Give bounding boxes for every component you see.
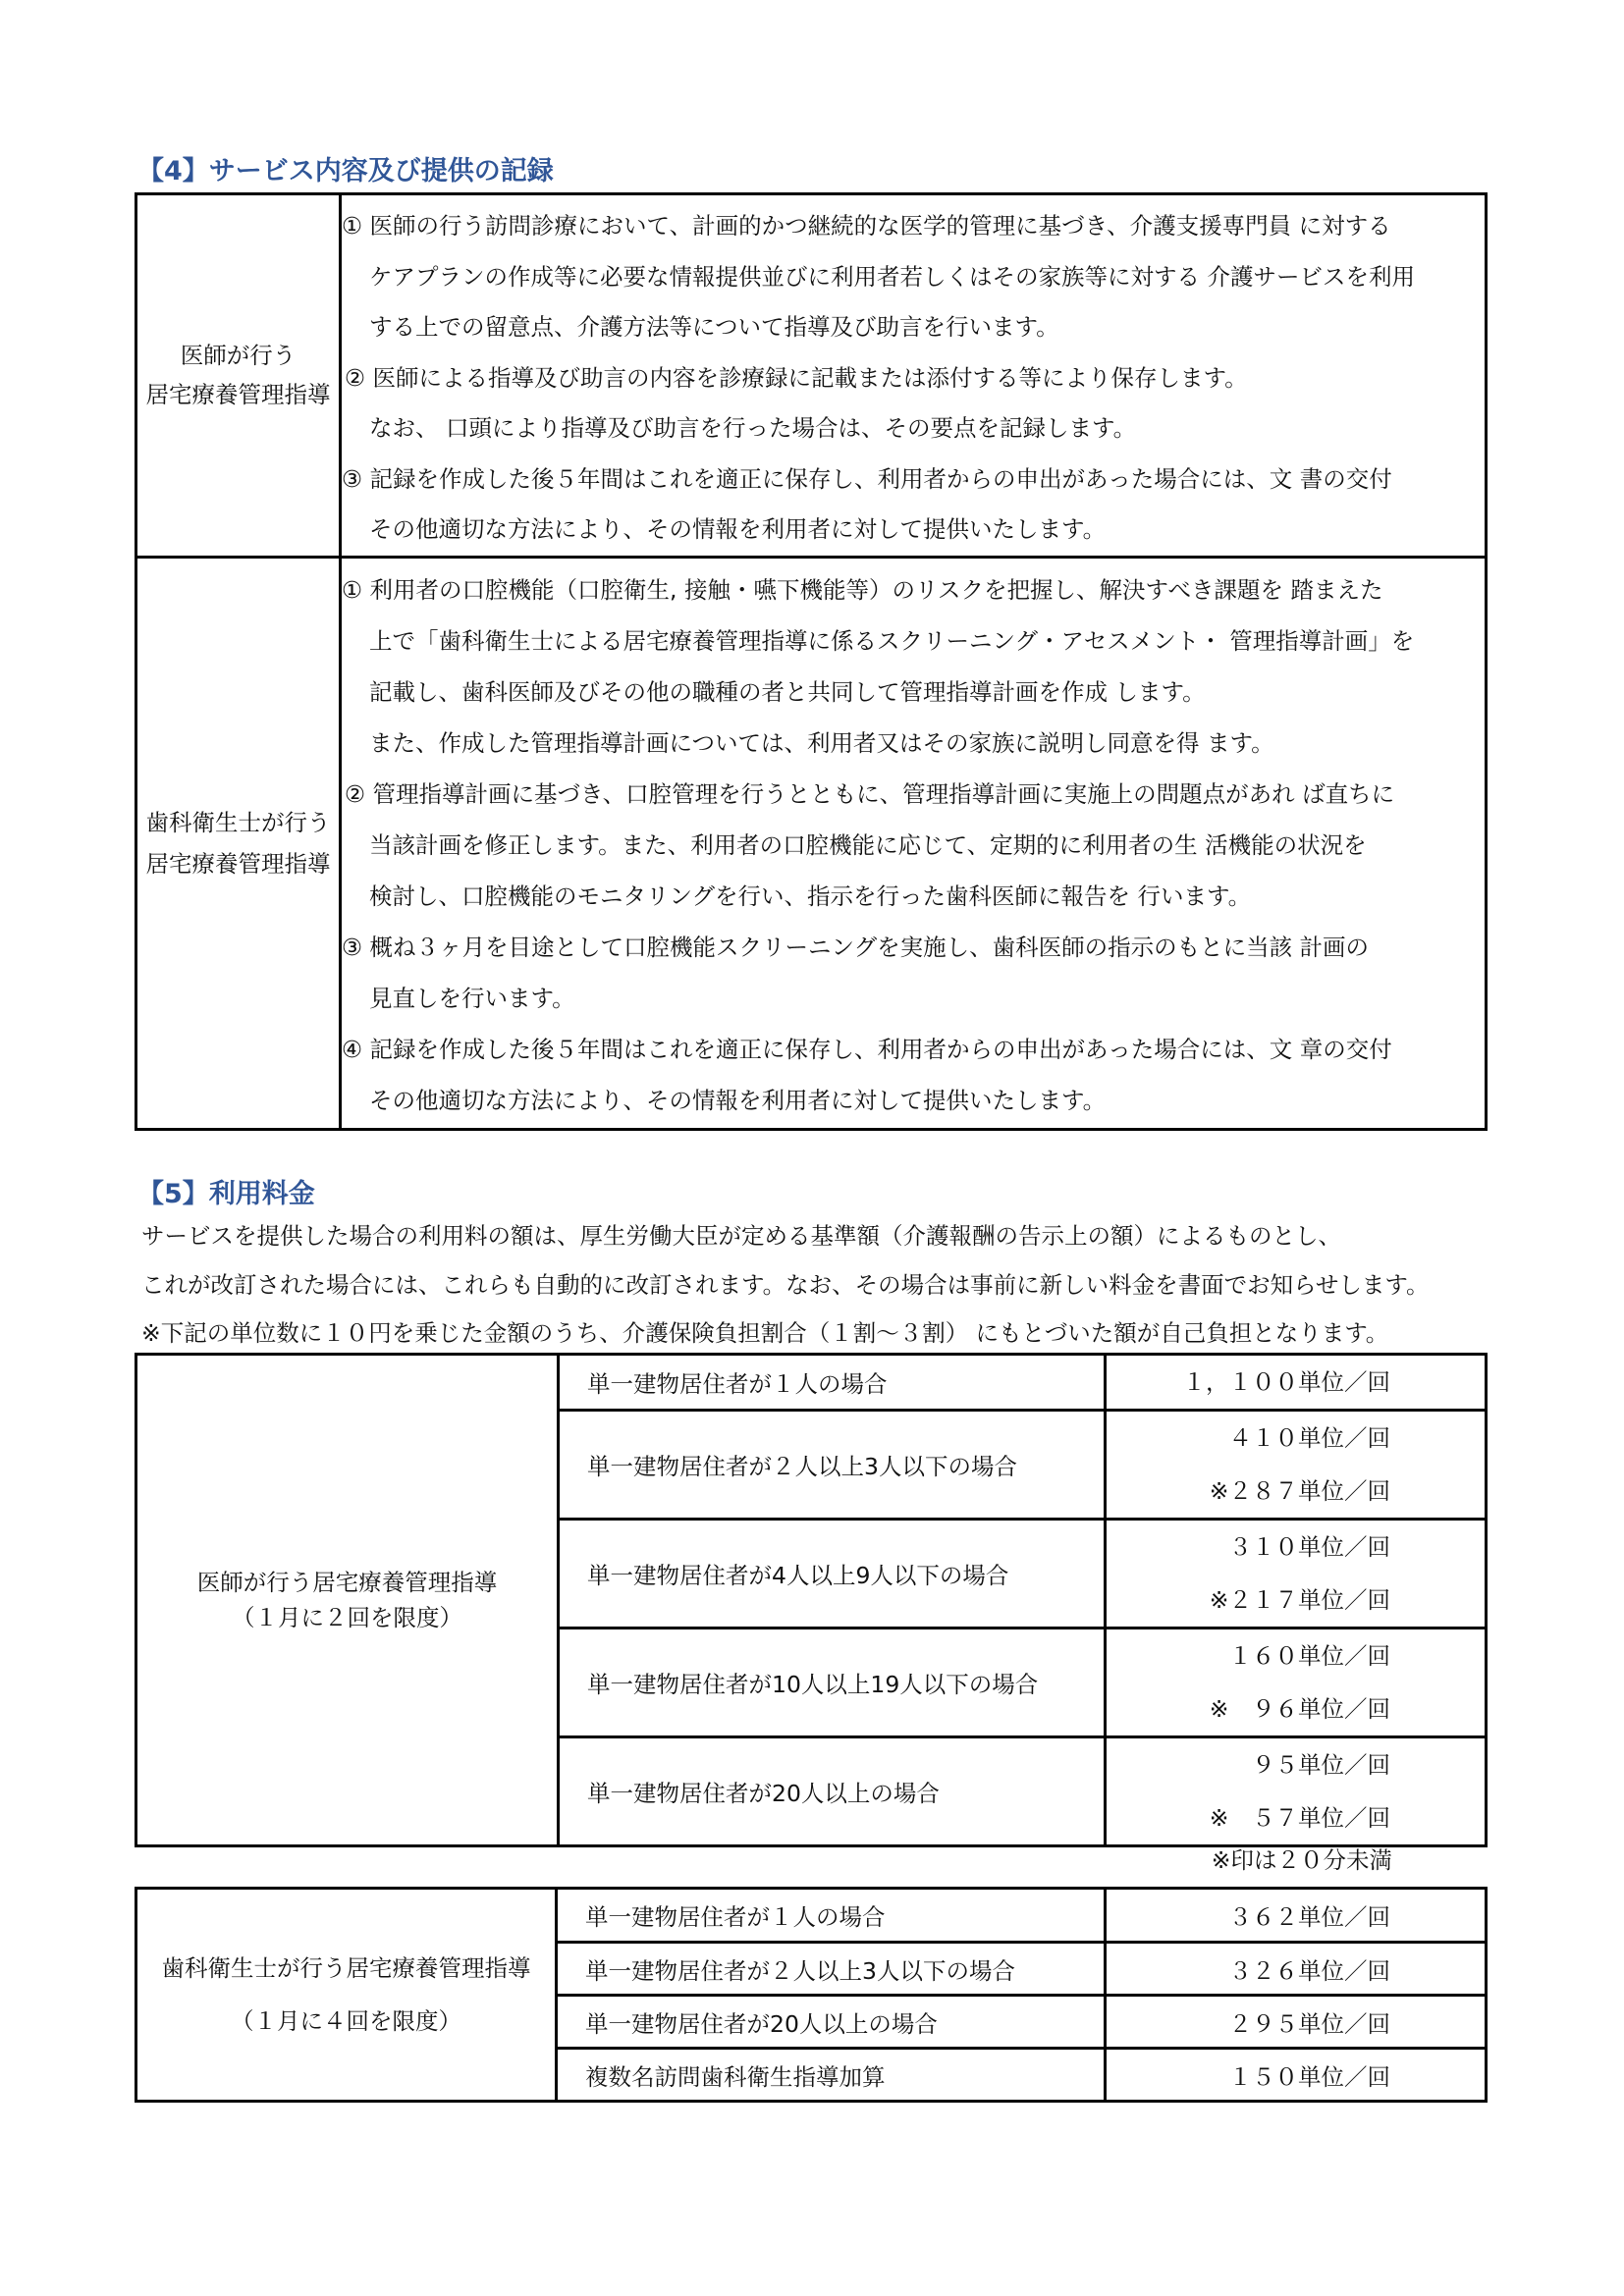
units-cell: １，１００単位／回: [1106, 1355, 1487, 1411]
text-line: なお、 口頭により指導及び助言を行った場合は、その要点を記録します。: [342, 403, 1485, 454]
text-line: する上での留意点、介護方法等について指導及び助言を行います。: [342, 302, 1485, 353]
text-line: その他適切な方法により、その情報を利用者に対して提供いたします。: [342, 505, 1485, 556]
service-name: 医師が行う居宅療養管理指導: [137, 1565, 557, 1600]
condition-cell: 単一建物居住者が10人以上19人以下の場合: [559, 1629, 1106, 1737]
table-row: 歯科衛生士が行う居宅療養管理指導 （１月に４回を限度） 単一建物居住者が１人の場…: [136, 1889, 1487, 1943]
service-name: 歯科衛生士が行う居宅療養管理指導: [137, 1942, 555, 1995]
table-row-hygienist: 歯科衛生士が行う 居宅療養管理指導 ① 利用者の口腔機能（口腔衛生, 接触・嚥下…: [136, 557, 1487, 1129]
condition-cell: 単一建物居住者が１人の場合: [559, 1355, 1106, 1411]
hygienist-fee-label: 歯科衛生士が行う居宅療養管理指導 （１月に４回を限度）: [136, 1889, 557, 2102]
text-line: また、作成した管理指導計画については、利用者又はその家族に説明し同意を得 ます。: [342, 718, 1485, 769]
doctor-fee-label: 医師が行う居宅療養管理指導 （１月に２回を限度）: [136, 1355, 559, 1846]
label-line: 居宅療養管理指導: [137, 843, 339, 884]
table-row-doctor: 医師が行う 居宅療養管理指導 ① 医師の行う訪問診療において、計画的かつ継続的な…: [136, 194, 1487, 558]
units-value-short: ※ ９６単位／回: [1107, 1682, 1390, 1735]
condition-cell: 単一建物居住者が１人の場合: [557, 1889, 1106, 1943]
text-line: ③ 概ね３ヶ月を目途として口腔機能スクリーニングを実施し、歯科医師の指示のもとに…: [342, 922, 1485, 973]
doctor-fee-table: 医師が行う居宅療養管理指導 （１月に２回を限度） 単一建物居住者が１人の場合 １…: [135, 1353, 1488, 1847]
text-line: ① 医師の行う訪問診療において、計画的かつ継続的な医学的管理に基づき、介護支援専…: [342, 201, 1485, 252]
units-value: １，１００単位／回: [1107, 1356, 1390, 1409]
label-line: 医師が行う: [137, 336, 339, 375]
text-line: ① 利用者の口腔機能（口腔衛生, 接触・嚥下機能等）のリスクを把握し、解決すべき…: [342, 564, 1485, 615]
row-content-doctor: ① 医師の行う訪問診療において、計画的かつ継続的な医学的管理に基づき、介護支援専…: [341, 194, 1487, 558]
text-line: ④ 記録を作成した後５年間はこれを適正に保存し、利用者からの申出があった場合には…: [342, 1024, 1485, 1075]
table-row: 医師が行う居宅療養管理指導 （１月に２回を限度） 単一建物居住者が１人の場合 １…: [136, 1355, 1487, 1411]
text-line: その他適切な方法により、その情報を利用者に対して提供いたします。: [342, 1075, 1485, 1126]
condition-cell: 単一建物居住者が２人以上3人以下の場合: [559, 1411, 1106, 1520]
fee-description: サービスを提供した場合の利用料の額は、厚生労働大臣が定める基準額（介護報酬の告示…: [141, 1212, 1430, 1359]
condition-cell: 複数名訪問歯科衛生指導加算: [557, 2049, 1106, 2102]
row-content-hygienist: ① 利用者の口腔機能（口腔衛生, 接触・嚥下機能等）のリスクを把握し、解決すべき…: [341, 557, 1487, 1129]
hygienist-fee-table: 歯科衛生士が行う居宅療養管理指導 （１月に４回を限度） 単一建物居住者が１人の場…: [135, 1887, 1488, 2103]
service-record-table: 医師が行う 居宅療養管理指導 ① 医師の行う訪問診療において、計画的かつ継続的な…: [135, 192, 1488, 1131]
text-line: 検討し、口腔機能のモニタリングを行い、指示を行った歯科医師に報告を 行います。: [342, 871, 1485, 922]
units-cell: ２９５単位／回: [1106, 1996, 1487, 2049]
units-cell: ４１０単位／回 ※２８７単位／回: [1106, 1411, 1487, 1520]
condition-cell: 単一建物居住者が２人以上3人以下の場合: [557, 1943, 1106, 1996]
units-cell: ３２６単位／回: [1106, 1943, 1487, 1996]
units-value: ３１０単位／回: [1107, 1521, 1390, 1574]
text-line: ② 医師による指導及び助言の内容を診療録に記載または添付する等により保存します。: [342, 353, 1485, 404]
units-cell: ３１０単位／回 ※２１７単位／回: [1106, 1520, 1487, 1629]
text-line: ケアプランの作成等に必要な情報提供並びに利用者若しくはその家族等に対する 介護サ…: [342, 252, 1485, 303]
condition-cell: 単一建物居住者が4人以上9人以下の場合: [559, 1520, 1106, 1629]
condition-cell: 単一建物居住者が20人以上の場合: [557, 1996, 1106, 2049]
units-value: １６０単位／回: [1107, 1629, 1390, 1682]
label-line: 居宅療養管理指導: [137, 375, 339, 414]
units-value-short: ※２８７単位／回: [1107, 1465, 1390, 1518]
short-visit-note: ※印は２０分未満: [1212, 1845, 1392, 1875]
units-cell: １５０単位／回: [1106, 2049, 1487, 2102]
text-line: ② 管理指導計画に基づき、口腔管理を行うとともに、管理指導計画に実施上の問題点が…: [342, 769, 1485, 820]
units-value: ４１０単位／回: [1107, 1412, 1390, 1465]
section-4-heading: 【4】サービス内容及び提供の記録: [137, 156, 554, 187]
document-page: 【4】サービス内容及び提供の記録 医師が行う 居宅療養管理指導 ① 医師の行う訪…: [0, 0, 1624, 2296]
paragraph-line: サービスを提供した場合の利用料の額は、厚生労働大臣が定める基準額（介護報酬の告示…: [141, 1212, 1430, 1261]
text-line: 記載し、歯科医師及びその他の職種の者と共同して管理指導計画を作成 します。: [342, 667, 1485, 718]
text-line: 上で「歯科衛生士による居宅療養管理指導に係るスクリーニング・アセスメント・ 管理…: [342, 615, 1485, 667]
row-label-doctor: 医師が行う 居宅療養管理指導: [136, 194, 341, 558]
units-cell: ９５単位／回 ※ ５７単位／回: [1106, 1737, 1487, 1846]
text-line: 見直しを行います。: [342, 973, 1485, 1024]
units-value-short: ※２１７単位／回: [1107, 1574, 1390, 1627]
units-value-short: ※ ５７単位／回: [1107, 1791, 1390, 1844]
row-label-hygienist: 歯科衛生士が行う 居宅療養管理指導: [136, 557, 341, 1129]
text-line: 当該計画を修正します。また、利用者の口腔機能に応じて、定期的に利用者の生 活機能…: [342, 820, 1485, 871]
label-line: 歯科衛生士が行う: [137, 802, 339, 843]
condition-cell: 単一建物居住者が20人以上の場合: [559, 1737, 1106, 1846]
text-line: ③ 記録を作成した後５年間はこれを適正に保存し、利用者からの申出があった場合には…: [342, 454, 1485, 506]
section-5-heading: 【5】利用料金: [137, 1179, 315, 1210]
units-cell: ３６２単位／回: [1106, 1889, 1487, 1943]
paragraph-line: ※下記の単位数に１０円を乗じた金額のうち、介護保険負担割合（１割～３割） にもと…: [141, 1309, 1430, 1359]
paragraph-line: これが改訂された場合には、これらも自動的に改訂されます。なお、その場合は事前に新…: [141, 1261, 1430, 1310]
service-limit: （１月に２回を限度）: [137, 1600, 557, 1635]
units-cell: １６０単位／回 ※ ９６単位／回: [1106, 1629, 1487, 1737]
service-limit: （１月に４回を限度）: [137, 1995, 555, 2048]
units-value: ９５単位／回: [1107, 1738, 1390, 1791]
